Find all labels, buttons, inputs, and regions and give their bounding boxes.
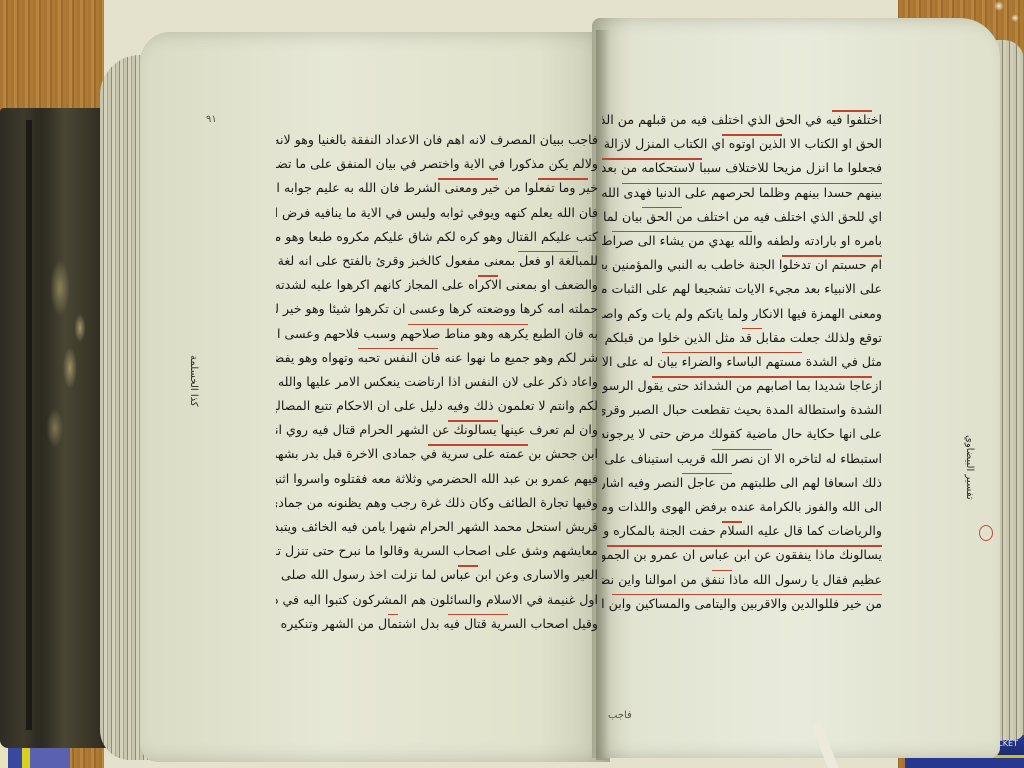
manuscript-line: العير والاسارى وعن ابن عباس لما نزلت اخذ… [276,563,598,587]
manuscript-line: ومعنى الهمزة فيها الانكار ولما ياتكم ولم… [602,302,882,326]
manuscript-line: والضعف او بمعنى الاكراه على المجاز كانهم… [276,273,598,297]
rubric-overline [722,134,782,136]
manuscript-line: على انها حكاية حال ماضية كقولك مرض حتى ل… [602,422,882,446]
rubric-overline [782,255,882,257]
manuscript-line: اختلفوا فيه في الحق الذي اختلف فيه من قب… [602,108,882,132]
rubric-overline [722,521,742,523]
manuscript-line: شر لكم وهو جميع ما نهوا عنه فان النفس تح… [276,346,598,370]
manuscript-line: حملته امه كرها ووضعته كرها وعسى ان تكرهو… [276,297,598,321]
rubric-overline [742,328,762,330]
rubric-overline [607,545,882,547]
manuscript-line: فان الله يعلم كنهه ويوفي ثوابه وليس في ا… [276,201,598,225]
manuscript-line: ذلك اسعافا لهم الى طلبتهم من عاجل النصر … [602,471,882,495]
manuscript-line: وقيل اصحاب السرية قتال فيه بدل اشتمال من… [276,612,598,636]
rubric-overline [518,251,578,253]
manuscript-line: بامره او بارادته ولطفه والله يهدي من يشا… [602,229,882,253]
catchword: فاجب [608,710,632,721]
manuscript-line: فيهم عمرو بن عبد الله الحضرمي وثلاثة معه… [276,467,598,491]
folio-number: ٩١ [206,114,217,125]
manuscript-line: للمبالغة او فعل بمعنى مفعول كالخبز وقرئ … [276,249,598,273]
manuscript-line: قريش استحل محمد الشهر الحرام شهرا يامن ف… [276,515,598,539]
manuscript-line: على الانبياء بعد مجيء الايات تشجيعا لهم … [602,277,882,301]
manuscript-line: واعاد ذكر على لان النفس اذا ارتاضت ينعكس… [276,370,598,394]
manuscript-line: الشدة واستطالة المدة بحيث تقطعت حبال الص… [602,398,882,422]
rubric-overline [642,207,682,209]
manuscript-line: به فان الطبع يكرهه وهو مناط صلاحهم وسبب … [276,322,598,346]
manuscript-line: وان لم تعرف عينها يسالونك عن الشهر الحرا… [276,418,598,442]
right-margin-note: تفسير البيضاوي [964,435,975,500]
manuscript-line: فاجب ببيان المصرف لانه اهم فان الاعداد ا… [276,128,598,152]
manuscript-line: كتب عليكم القتال وهو كره لكم شاق عليكم م… [276,225,598,249]
manuscript-line: معايشهم وشق على اصحاب السرية وقالوا ما ن… [276,539,598,563]
rubric-overline [478,275,498,277]
manuscript-line: من خير فللوالدين والاقربين واليتامى والم… [602,592,882,616]
rubric-overline [448,420,498,422]
manuscript-line: عظيم فقال يا رسول الله ماذا ننفق من اموا… [602,568,882,592]
rubric-overline [438,178,498,180]
manuscript-line: اول غنيمة في الاسلام والسائلون هم المشرك… [276,588,598,612]
rubric-overline [662,352,802,354]
red-seal-stamp [979,525,993,541]
rubric-overline [652,376,872,378]
left-margin-note: كذا الخسلمة [188,355,199,407]
manuscript-line: استبطاء له لتاخره الا ان نصر الله قريب ا… [602,447,882,471]
rubric-overline [388,614,398,616]
rubric-overline [622,183,882,185]
rubric-overline [682,473,732,475]
rubric-overline [612,231,752,233]
manuscript-line: يسالونك ماذا ينفقون عن ابن عباس ان عمرو … [602,543,882,567]
manuscript-line: ولالم يكن مذكورا في الاية واختصر في بيان… [276,152,598,176]
rubric-overline [712,449,772,451]
manuscript-line: مثل في الشدة مستهم الباساء والضراء بيان … [602,350,882,374]
rubric-overline [602,158,702,160]
manuscript-line: ازعاجا شديدا بما اصابهم من الشدائد حتى ي… [602,374,882,398]
manuscript-line: الى الله والفوز بالكرامة عنده برفض الهوى… [602,495,882,519]
manuscript-line: ابن جحش بن عمته على سرية في جمادى الاخرة… [276,442,598,466]
rubric-overline [612,594,882,596]
manuscript-line: لكم وانتم لا تعلمون ذلك وفيه دليل على ان… [276,394,598,418]
rubric-overline [458,565,478,567]
rubric-overline [358,348,438,350]
manuscript-line: اي للحق الذي اختلف فيه من اختلف من الحق … [602,205,882,229]
manuscript-line: وفيها تجارة الطائف وكان ذلك غرة رجب وهم … [276,491,598,515]
manuscript-line: خير وما تفعلوا من خير ومعنى الشرط فان ال… [276,176,598,200]
manuscript-line: فجعلوا ما انزل مزيحا للاختلاف سببا لاستح… [602,156,882,180]
rubric-overline [428,444,528,446]
manuscript-line: ام حسبتم ان تدخلوا الجنة خاطب به النبي و… [602,253,882,277]
rubric-overline [448,614,508,616]
left-text-block: فاجب ببيان المصرف لانه اهم فان الاعداد ا… [276,128,598,636]
right-text-block: اختلفوا فيه في الحق الذي اختلف فيه من قب… [602,108,882,616]
manuscript-line: توقع ولذلك جعلت مقابل قد مثل الذين خلوا … [602,326,882,350]
rubric-overline [408,324,528,326]
manuscript-line: والرياضات كما قال عليه السلام حفت الجنة … [602,519,882,543]
rubric-overline [792,594,822,596]
rubric-overline [538,178,588,180]
manuscript-line: الحق او الكتاب الا الذين اوتوه اي الكتاب… [602,132,882,156]
spine-gap [26,120,32,730]
manuscript-line: بينهم حسدا بينهم وظلما لحرصهم على الدنيا… [602,181,882,205]
rubric-overline [832,110,872,112]
rubric-overline [712,570,732,572]
